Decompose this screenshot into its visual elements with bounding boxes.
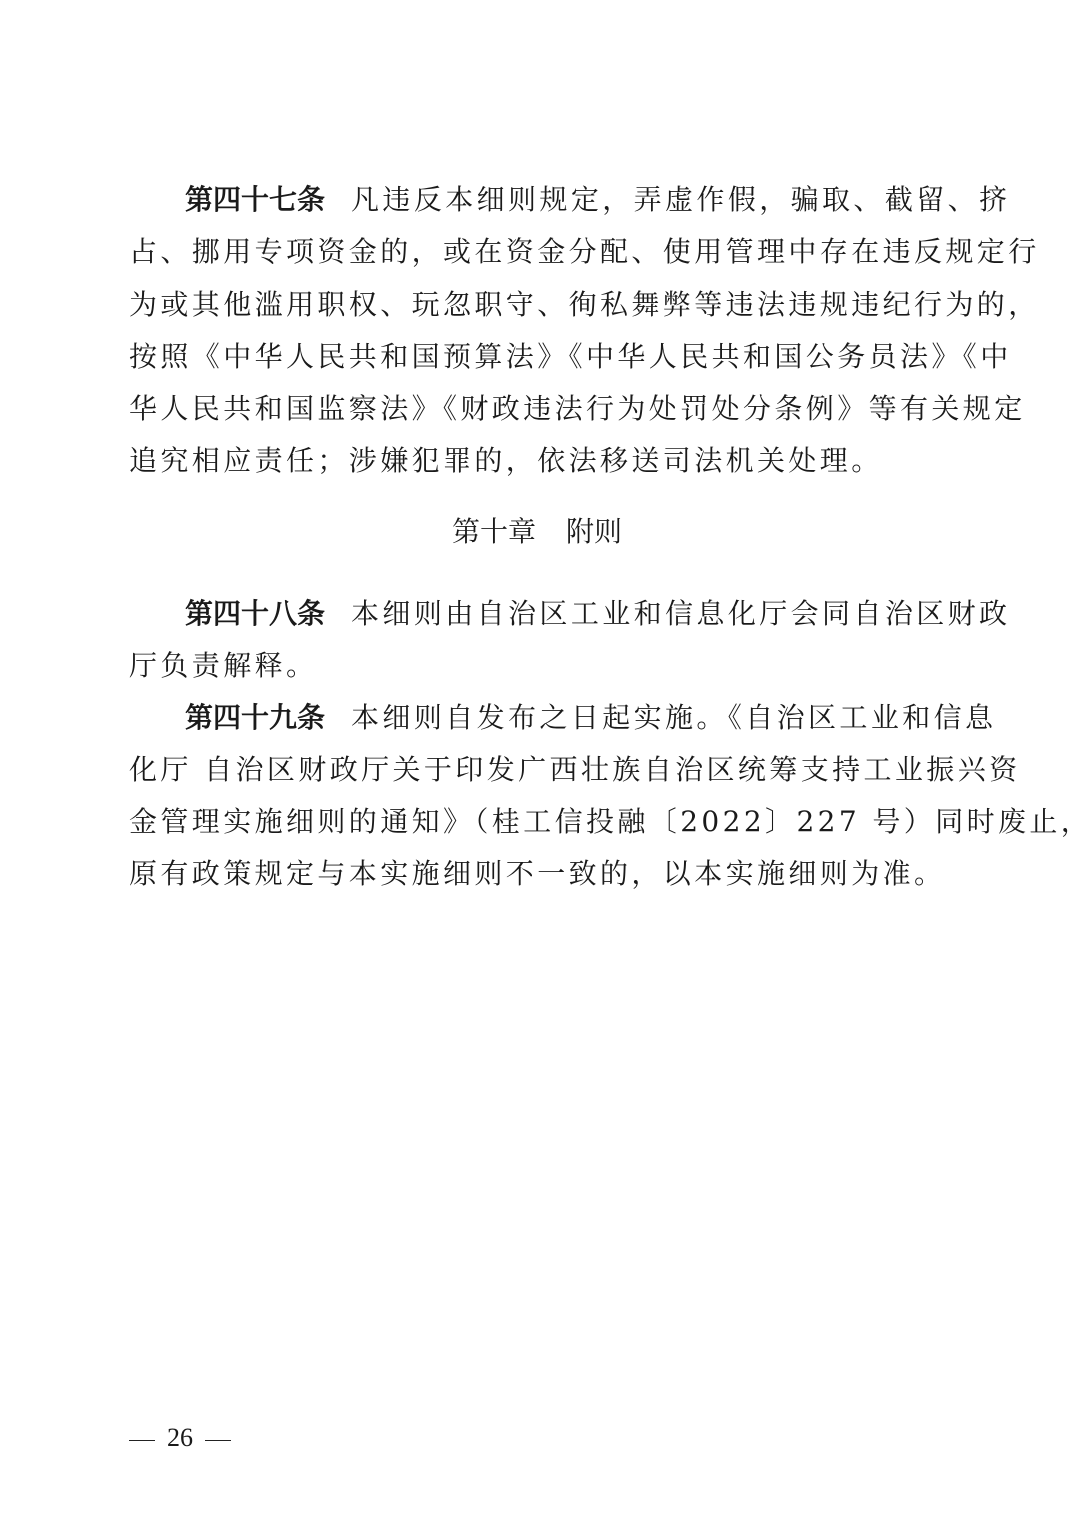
article-47-text: 凡违反本细则规定，弄虚作假，骗取、截留、挤 [351, 183, 1010, 216]
chapter-number: 第十章 [452, 515, 536, 548]
document-page: 第四十七条凡违反本细则规定，弄虚作假，骗取、截留、挤 占、挪用专项资金的，或在资… [0, 0, 1074, 1520]
article-48-line-2: 厅负责解释。 [129, 646, 939, 686]
article-47-line-1: 第四十七条凡违反本细则规定，弄虚作假，骗取、截留、挤 [185, 180, 939, 220]
chapter-title: 附则 [566, 515, 622, 548]
article-48-label: 第四十八条 [185, 597, 325, 630]
article-49-line-3: 金管理实施细则的通知》（桂工信投融〔2022〕227 号）同时废止， [129, 802, 939, 842]
article-49-label: 第四十九条 [185, 701, 325, 734]
chapter-heading: 第十章附则 [0, 512, 1074, 552]
article-47-line-3: 为或其他滥用职权、玩忽职守、徇私舞弊等违法违规违纪行为的， [129, 285, 939, 325]
article-49-line-2: 化厅 自治区财政厅关于印发广西壮族自治区统筹支持工业振兴资 [129, 750, 939, 790]
article-49-line-4: 原有政策规定与本实施细则不一致的，以本实施细则为准。 [129, 854, 939, 894]
article-48-text: 本细则由自治区工业和信息化厅会同自治区财政 [351, 597, 1010, 630]
article-49-text: 本细则自发布之日起实施。《自治区工业和信息 [351, 701, 996, 734]
article-47-line-5: 华人民共和国监察法》《财政违法行为处罚处分条例》等有关规定 [129, 389, 939, 429]
article-47-line-2: 占、挪用专项资金的，或在资金分配、使用管理中存在违反规定行 [129, 232, 939, 272]
dash-left [129, 1440, 155, 1441]
article-47-line-4: 按照《中华人民共和国预算法》《中华人民共和国公务员法》《中 [129, 337, 939, 377]
dash-right [205, 1440, 231, 1441]
article-49-line-1: 第四十九条本细则自发布之日起实施。《自治区工业和信息 [185, 698, 939, 738]
page-number-value: 26 [167, 1423, 193, 1452]
article-47-label: 第四十七条 [185, 183, 325, 216]
article-47-line-6: 追究相应责任；涉嫌犯罪的，依法移送司法机关处理。 [129, 441, 939, 481]
article-48-line-1: 第四十八条本细则由自治区工业和信息化厅会同自治区财政 [185, 594, 939, 634]
page-number: 26 [129, 1421, 231, 1455]
